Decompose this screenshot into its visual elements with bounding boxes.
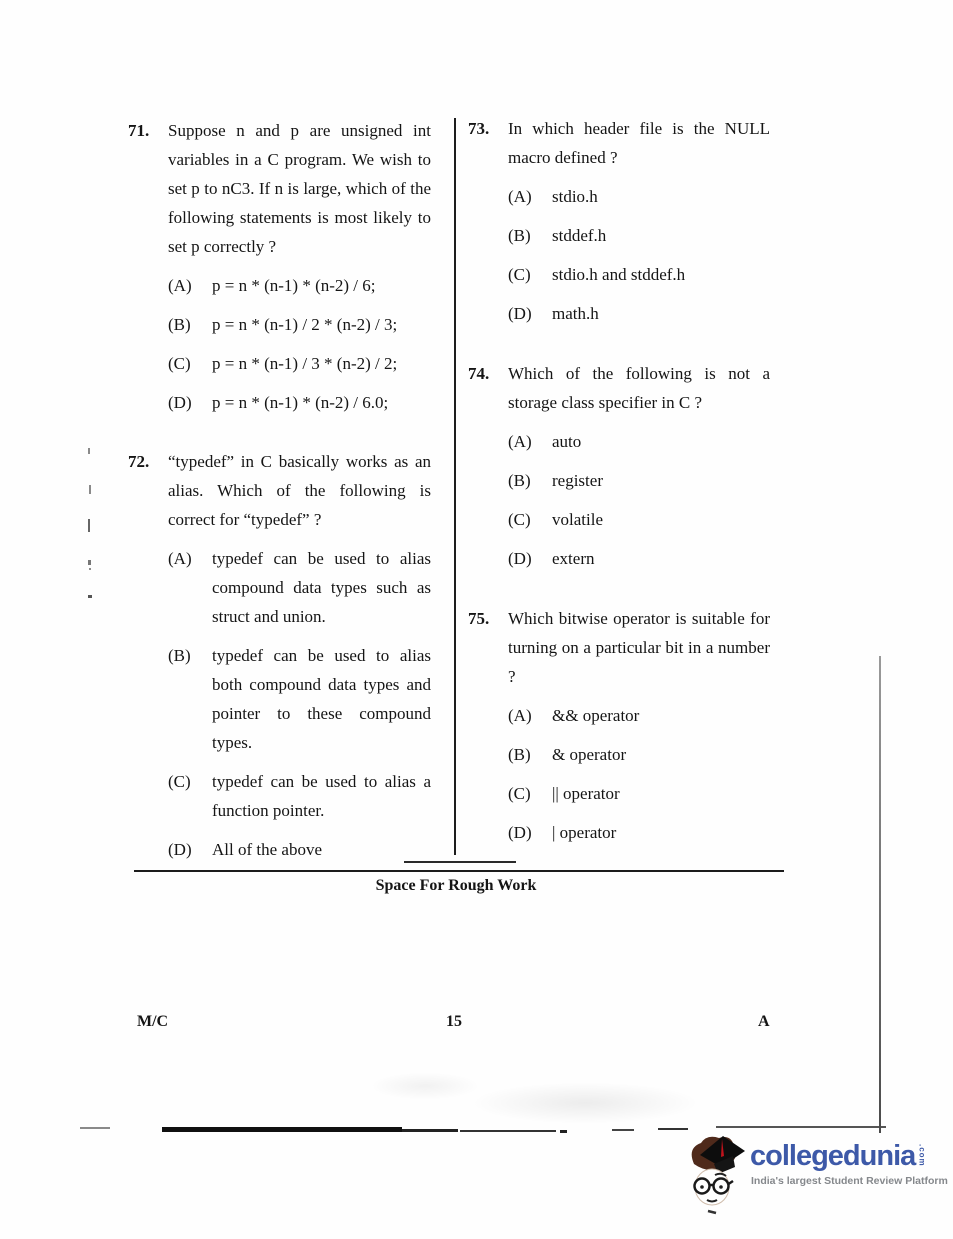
footer-page-number: 15 (446, 1013, 462, 1031)
option-label: (C) (168, 767, 212, 825)
option-text: math.h (552, 299, 770, 328)
option-label: (D) (508, 299, 552, 328)
option-label: (D) (168, 388, 212, 417)
scan-smudge (470, 1082, 700, 1124)
option-row: (B) register (508, 466, 770, 495)
option-row: (D) | operator (508, 818, 770, 847)
question-number: 71. (128, 116, 168, 261)
scanned-exam-page: 71. Suppose n and p are unsigned int var… (0, 0, 953, 1239)
option-label: (A) (508, 427, 552, 456)
option-text: extern (552, 544, 770, 573)
scan-artifact-vertical-line (879, 656, 881, 1133)
question-block: 72. “typedef” in C basically works as an… (128, 447, 431, 864)
column-divider-rule (454, 118, 456, 855)
options-list: (A) stdio.h (B) stddef.h (C) stdio.h and… (508, 182, 770, 328)
option-label: (B) (508, 221, 552, 250)
question-text: Which bitwise operator is suitable for t… (508, 604, 770, 691)
question-block: 73. In which header file is the NULL mac… (468, 114, 770, 328)
question-number: 75. (468, 604, 508, 691)
options-list: (A) p = n * (n-1) * (n-2) / 6; (B) p = n… (168, 271, 431, 417)
option-row: (B) p = n * (n-1) / 2 * (n-2) / 3; (168, 310, 431, 339)
option-text: register (552, 466, 770, 495)
footer-set-code: A (758, 1013, 770, 1031)
option-label: (A) (508, 701, 552, 730)
option-row: (D) extern (508, 544, 770, 573)
option-row: (A) && operator (508, 701, 770, 730)
option-row: (D) p = n * (n-1) * (n-2) / 6.0; (168, 388, 431, 417)
option-label: (A) (508, 182, 552, 211)
option-row: (D) All of the above (168, 835, 431, 864)
option-label: (A) (168, 271, 212, 300)
option-label: (C) (508, 779, 552, 808)
questions-column-right: 73. In which header file is the NULL mac… (468, 114, 770, 847)
option-text: auto (552, 427, 770, 456)
option-row: (C) volatile (508, 505, 770, 534)
option-label: (C) (508, 260, 552, 289)
collegedunia-tagline: India's largest Student Review Platform (751, 1175, 948, 1187)
option-row: (C) p = n * (n-1) / 3 * (n-2) / 2; (168, 349, 431, 378)
option-text: p = n * (n-1) * (n-2) / 6; (212, 271, 431, 300)
option-text: p = n * (n-1) * (n-2) / 6.0; (212, 388, 431, 417)
option-row: (B) stddef.h (508, 221, 770, 250)
option-text: p = n * (n-1) / 2 * (n-2) / 3; (212, 310, 431, 339)
question-text: “typedef” in C basically works as an ali… (168, 447, 431, 534)
option-row: (D) math.h (508, 299, 770, 328)
question-text: Which of the following is not a storage … (508, 359, 770, 417)
option-row: (C) || operator (508, 779, 770, 808)
option-text: stddef.h (552, 221, 770, 250)
option-row: (A) p = n * (n-1) * (n-2) / 6; (168, 271, 431, 300)
option-text: || operator (552, 779, 770, 808)
questions-column-left: 71. Suppose n and p are unsigned int var… (128, 116, 431, 864)
question-number: 73. (468, 114, 508, 172)
question-number: 74. (468, 359, 508, 417)
option-row: (A) stdio.h (508, 182, 770, 211)
rough-work-rule (134, 870, 784, 872)
option-text: | operator (552, 818, 770, 847)
options-list: (A) auto (B) register (C) volatile (D) e… (508, 427, 770, 573)
question-text: Suppose n and p are unsigned int variabl… (168, 116, 431, 261)
rough-work-short-rule (404, 861, 516, 863)
option-row: (B) & operator (508, 740, 770, 769)
option-text: typedef can be used to alias compound da… (212, 544, 431, 631)
option-text: All of the above (212, 835, 431, 864)
options-list: (A) && operator (B) & operator (C) || op… (508, 701, 770, 847)
option-text: typedef can be used to alias both compou… (212, 641, 431, 757)
option-text: & operator (552, 740, 770, 769)
option-label: (C) (168, 349, 212, 378)
collegedunia-logo: collegedunia .com India's largest Studen… (688, 1128, 950, 1226)
option-row: (A) typedef can be used to alias compoun… (168, 544, 431, 631)
option-label: (D) (508, 544, 552, 573)
question-block: 74. Which of the following is not a stor… (468, 359, 770, 573)
option-label: (D) (168, 835, 212, 864)
question-block: 71. Suppose n and p are unsigned int var… (128, 116, 431, 417)
option-row: (B) typedef can be used to alias both co… (168, 641, 431, 757)
option-label: (A) (168, 544, 212, 631)
collegedunia-domain-suffix: .com (917, 1144, 926, 1167)
option-label: (B) (168, 641, 212, 757)
question-text: In which header file is the NULL macro d… (508, 114, 770, 172)
question-block: 75. Which bitwise operator is suitable f… (468, 604, 770, 847)
option-label: (C) (508, 505, 552, 534)
option-row: (A) auto (508, 427, 770, 456)
options-list: (A) typedef can be used to alias compoun… (168, 544, 431, 864)
option-row: (C) stdio.h and stddef.h (508, 260, 770, 289)
rough-work-label: Space For Rough Work (356, 877, 556, 895)
scan-smudge (370, 1072, 480, 1100)
collegedunia-brand-text: collegedunia (750, 1141, 915, 1171)
option-label: (D) (508, 818, 552, 847)
option-text: typedef can be used to alias a function … (212, 767, 431, 825)
option-text: stdio.h and stddef.h (552, 260, 770, 289)
option-text: p = n * (n-1) / 3 * (n-2) / 2; (212, 349, 431, 378)
option-text: && operator (552, 701, 770, 730)
option-label: (B) (168, 310, 212, 339)
option-text: volatile (552, 505, 770, 534)
option-label: (B) (508, 740, 552, 769)
option-row: (C) typedef can be used to alias a funct… (168, 767, 431, 825)
collegedunia-mascot-icon (688, 1132, 748, 1216)
option-label: (B) (508, 466, 552, 495)
question-number: 72. (128, 447, 168, 534)
footer-booklet-code: M/C (137, 1013, 168, 1031)
option-text: stdio.h (552, 182, 770, 211)
